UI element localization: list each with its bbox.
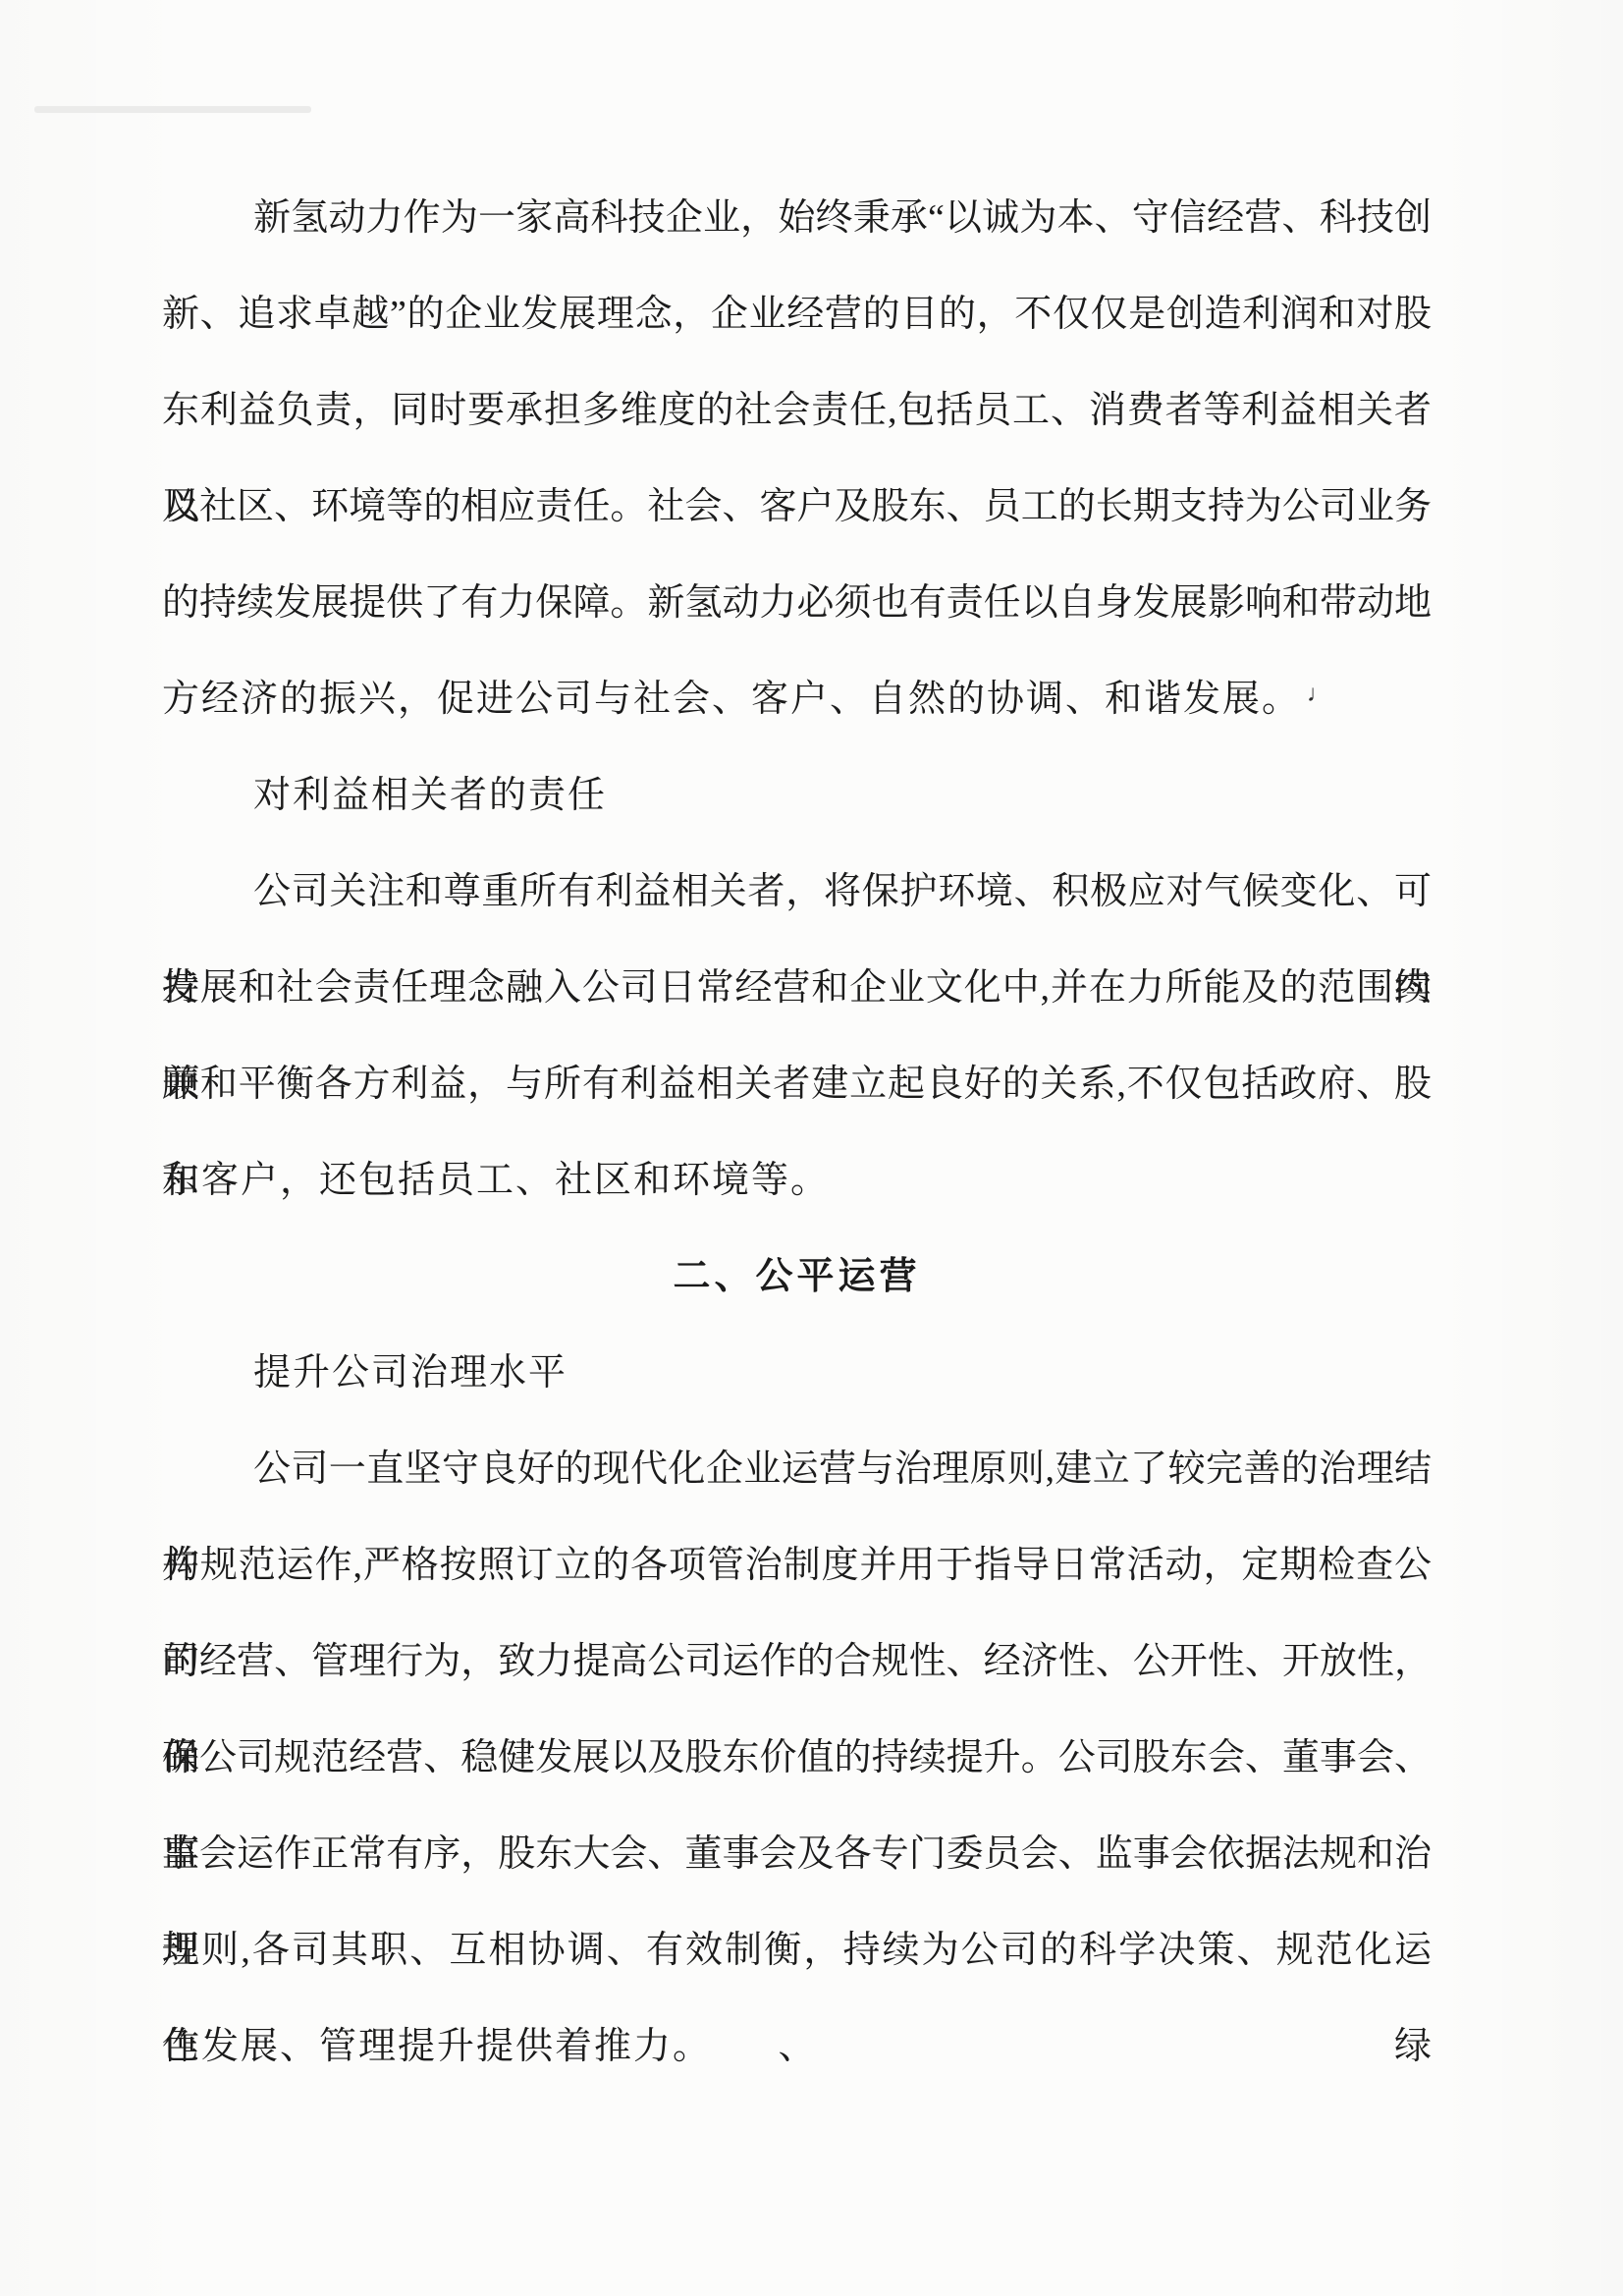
text-line: 的持续发展提供了有力保障。新氢动力必须也有责任以自身发展影响和带动地 <box>162 555 1432 651</box>
document-page: 新氢动力作为一家高科技企业，始终秉承“以诚为本、守信经营、科技创 新、追求卓越”… <box>0 0 1623 2296</box>
text-line: 新氢动力作为一家高科技企业，始终秉承“以诚为本、守信经营、科技创 <box>162 170 1432 266</box>
subheading-stakeholder-responsibility: 对利益相关者的责任 <box>162 747 1432 844</box>
text-line: 事会运作正常有序，股东大会、董事会及各专门委员会、监事会依据法规和治理 <box>162 1806 1432 1902</box>
text-line: 顾和平衡各方利益，与所有利益相关者建立起良好的关系,不仅包括政府、股东 <box>162 1036 1432 1132</box>
text-line: 公司一直坚守良好的现代化企业运营与治理原则,建立了较完善的治理结构 <box>162 1421 1432 1517</box>
subheading-corporate-governance: 提升公司治理水平 <box>162 1325 1432 1421</box>
document-content: 新氢动力作为一家高科技企业，始终秉承“以诚为本、守信经营、科技创 新、追求卓越”… <box>0 0 1623 2095</box>
text-line: 及社区、环境等的相应责任。社会、客户及股东、员工的长期支持为公司业务 <box>162 459 1432 555</box>
section-heading-fair-operation: 二、公平运营 <box>162 1229 1432 1325</box>
text-line: 规则,各司其职、互相协调、有效制衡，持续为公司的科学决策、规范化运作、绿 <box>162 1902 1432 1998</box>
text-line: 新、追求卓越”的企业发展理念，企业经营的目的，不仅仅是创造利润和对股 <box>162 266 1432 362</box>
text-line: 的经营、管理行为，致力提高公司运作的合规性、经济性、公开性、开放性，确 <box>162 1613 1432 1710</box>
text-line: 保公司规范经营、稳健发展以及股东价值的持续提升。公司股东会、董事会、监 <box>162 1710 1432 1806</box>
text-line: 和客户，还包括员工、社区和环境等。 <box>162 1132 1432 1229</box>
text-line: 方经济的振兴，促进公司与社会、客户、自然的协调、和谐发展。♩ <box>162 651 1432 747</box>
text-line: 发展和社会责任理念融入公司日常经营和企业文化中,并在力所能及的范围内兼 <box>162 940 1432 1036</box>
text-line: 东利益负责，同时要承担多维度的社会责任,包括员工、消费者等利益相关者以 <box>162 362 1432 459</box>
ink-mark: ♩ <box>1307 683 1330 706</box>
paragraph-end-text: 方经济的振兴，促进公司与社会、客户、自然的协调、和谐发展。 <box>162 679 1301 720</box>
text-line: 并规范运作,严格按照订立的各项管治制度并用于指导日常活动，定期检查公司 <box>162 1517 1432 1613</box>
text-line: 公司关注和尊重所有利益相关者，将保护环境、积极应对气候变化、可持续 <box>162 844 1432 940</box>
